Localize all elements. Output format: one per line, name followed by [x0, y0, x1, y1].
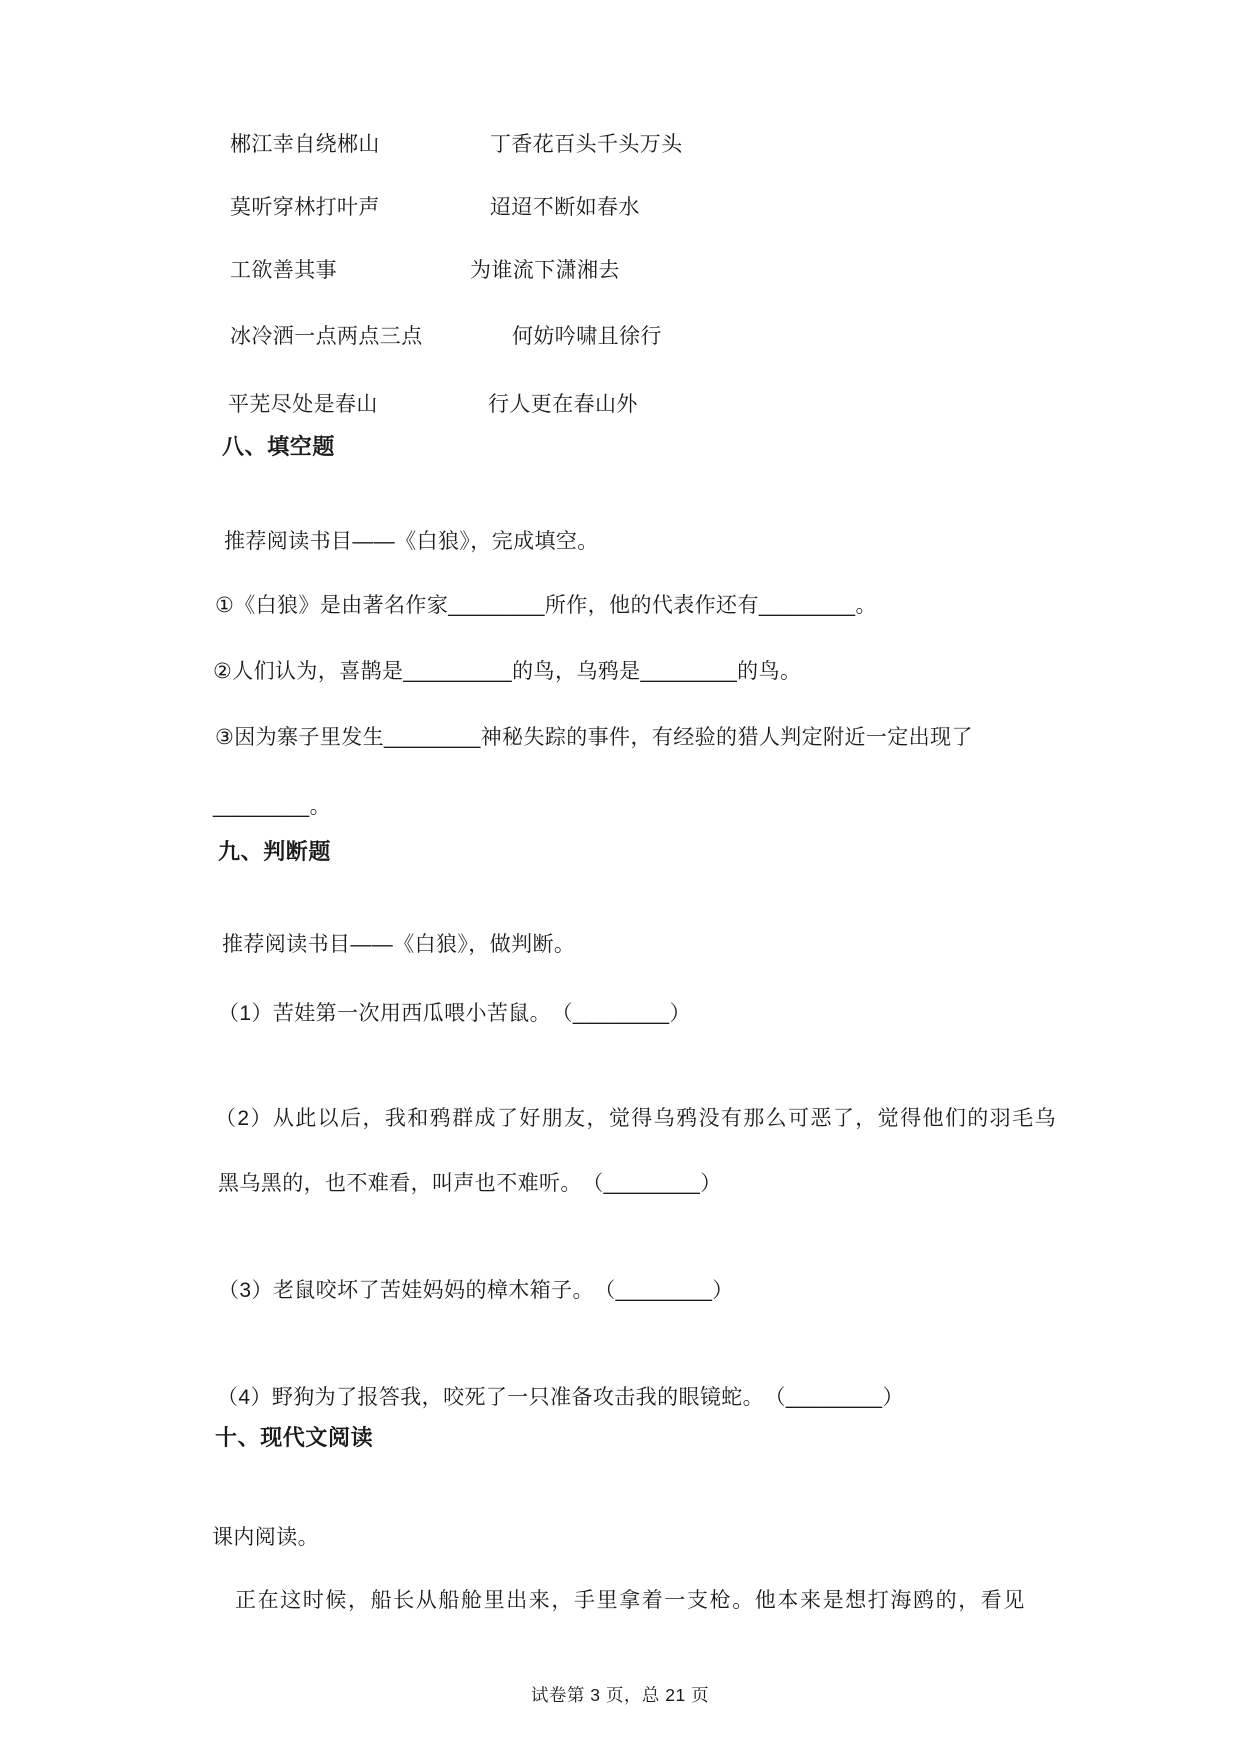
judgment-item-2-line-1: （2）从此以后，我和鸦群成了好朋友，觉得乌鸦没有那么可恶了，觉得他们的羽毛乌 [215, 1105, 1057, 1132]
reading-intro: 课内阅读。 [212, 1524, 319, 1551]
matching-left-item: 工欲善其事 [230, 254, 337, 284]
fill-in-item-3-line-2: ________。 [213, 793, 331, 820]
matching-pair-row-5: 平芜尽处是春山 行人更在春山外 [0, 388, 1240, 415]
exam-paper-page: 郴江幸自绕郴山 丁香花百头千头万头 莫听穿林打叶声 迢迢不断如春水 工欲善其事 … [0, 0, 1240, 1754]
matching-right-item: 为谁流下潇湘去 [470, 254, 620, 284]
section-heading-fill-in: 八、填空题 [222, 433, 335, 460]
section-heading-reading: 十、现代文阅读 [215, 1424, 373, 1451]
matching-pair-row-1: 郴江幸自绕郴山 丁香花百头千头万头 [0, 128, 1240, 155]
fill-in-item-3-line-1: ③因为寨子里发生________神秘失踪的事件，有经验的猎人判定附近一定出现了 [215, 724, 973, 751]
reading-paragraph-line-1: 正在这时候，船长从船舱里出来，手里拿着一支枪。他本来是想打海鸥的，看见 [235, 1587, 1026, 1614]
matching-left-item: 郴江幸自绕郴山 [230, 128, 380, 158]
matching-right-item: 行人更在春山外 [488, 388, 638, 418]
matching-right-item: 何妨吟啸且徐行 [512, 320, 662, 350]
fill-in-intro: 推荐阅读书目——《白狼》，完成填空。 [224, 528, 599, 555]
matching-right-item: 丁香花百头千头万头 [490, 128, 683, 158]
judgment-intro: 推荐阅读书目——《白狼》，做判断。 [222, 931, 575, 958]
page-number-footer: 试卷第 3 页，总 21 页 [0, 1682, 1240, 1707]
matching-pair-row-2: 莫听穿林打叶声 迢迢不断如春水 [0, 191, 1240, 218]
matching-left-item: 莫听穿林打叶声 [230, 191, 380, 221]
judgment-item-1: （1）苦娃第一次用西瓜喂小苦鼠。 （________） [218, 1000, 691, 1027]
matching-pair-row-3: 工欲善其事 为谁流下潇湘去 [0, 254, 1240, 281]
matching-right-item: 迢迢不断如春水 [490, 191, 640, 221]
matching-left-item: 冰冷洒一点两点三点 [230, 320, 423, 350]
judgment-item-2-line-2: 黑乌黑的，也不难看，叫声也不难听。 （________） [218, 1170, 722, 1197]
judgment-item-4: （4）野狗为了报答我，咬死了一只准备攻击我的眼镜蛇。 （________） [217, 1384, 904, 1411]
fill-in-item-1: ①《白狼》是由著名作家________所作，他的代表作还有________。 [215, 592, 877, 619]
fill-in-item-2: ②人们认为，喜鹊是_________的鸟，乌鸦是________的鸟。 [213, 658, 801, 685]
section-heading-judgment: 九、判断题 [218, 838, 331, 865]
matching-pair-row-4: 冰冷洒一点两点三点 何妨吟啸且徐行 [0, 320, 1240, 347]
matching-left-item: 平芜尽处是春山 [228, 388, 378, 418]
judgment-item-3: （3）老鼠咬坏了苦娃妈妈的樟木箱子。 （________） [218, 1277, 734, 1304]
